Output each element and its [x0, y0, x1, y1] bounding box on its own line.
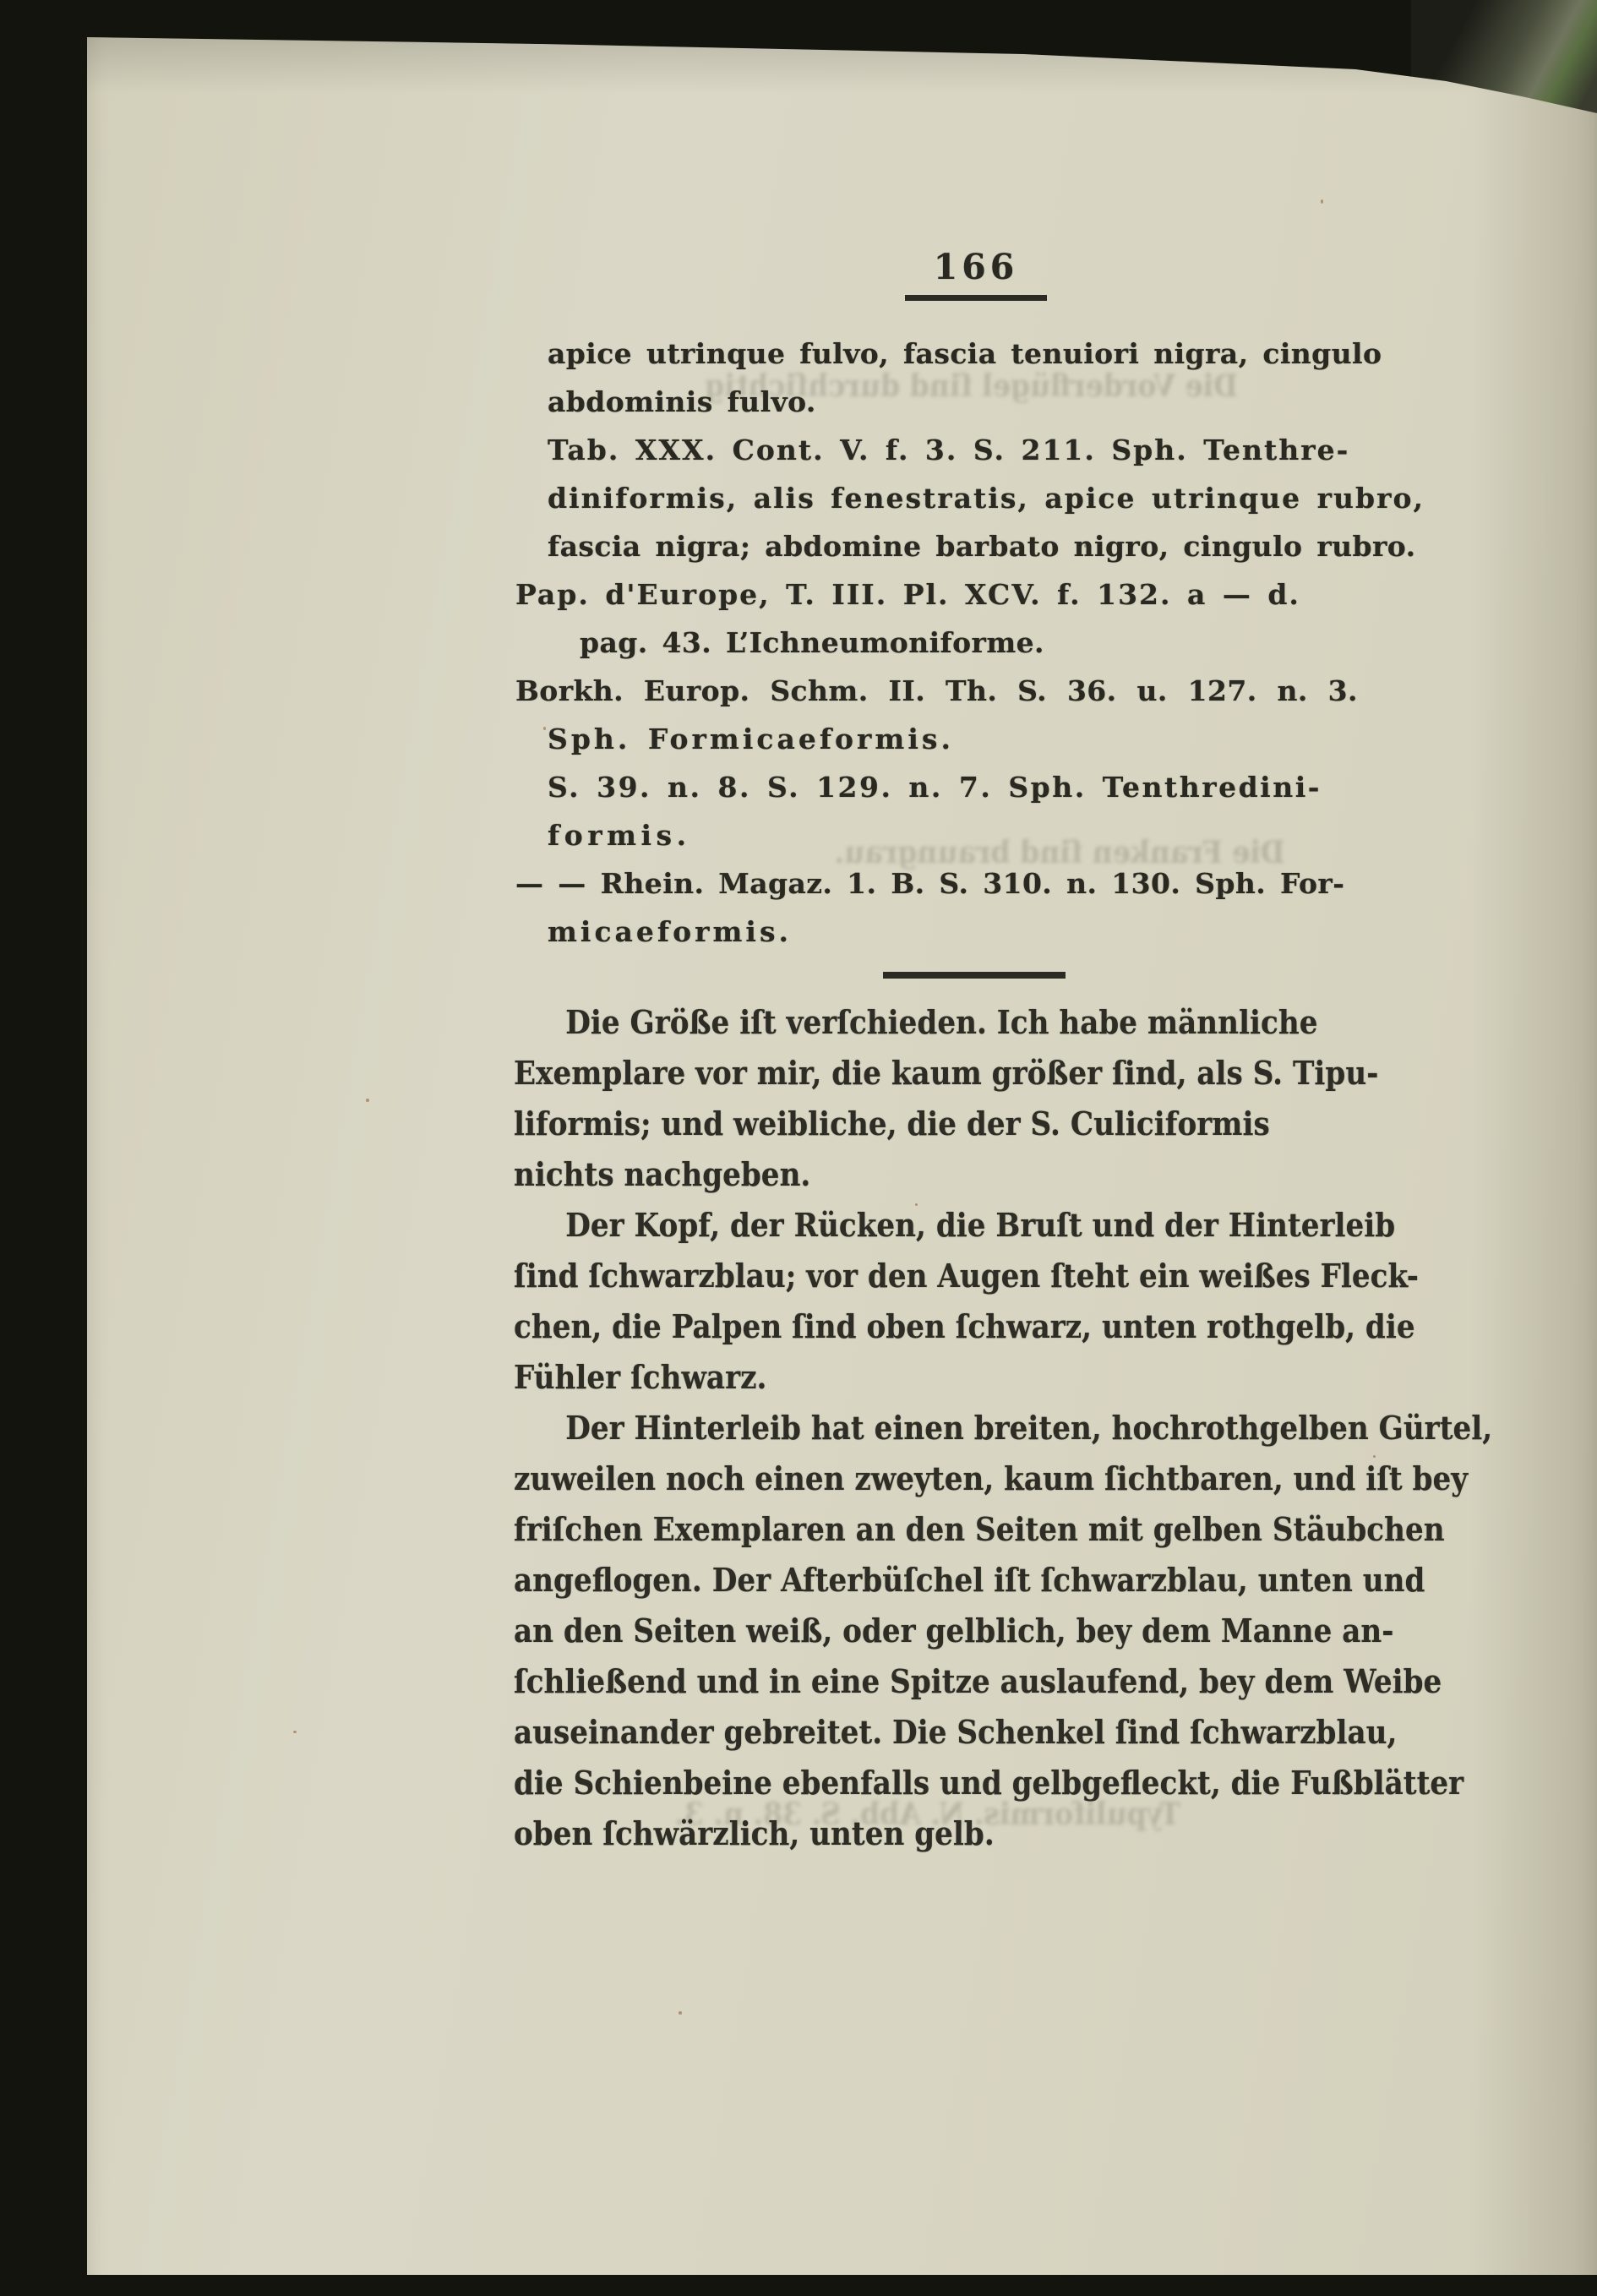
body-text-block: Die Größe iſt verſchieden. Ich habe männ…: [514, 997, 1409, 1859]
page-edge-shading: [1470, 0, 1597, 2275]
citation-line: formis.: [514, 811, 1359, 859]
body-text-line: angeflogen. Der Afterbüſchel iſt ſchwarz…: [514, 1555, 1320, 1606]
body-text-line: ſchließend und in eine Spitze auslaufend…: [514, 1656, 1320, 1707]
citation-line: Pap. d'Europe, T. III. Pl. XCV. f. 132. …: [514, 570, 1359, 619]
body-text-line: friſchen Exemplaren an den Seiten mit ge…: [514, 1504, 1320, 1555]
page-number: 166: [905, 247, 1047, 301]
body-text-line: Der Kopf, der Rücken, die Bruſt und der …: [514, 1200, 1320, 1251]
body-text-line: liformis; und weibliche, die der S. Culi…: [514, 1099, 1320, 1149]
body-text-line: nichts nachgeben.: [514, 1149, 1320, 1200]
body-text-line: oben ſchwärzlich, unten gelb.: [514, 1808, 1320, 1859]
citation-line: Tab. XXX. Cont. V. f. 3. S. 211. Sph. Te…: [514, 426, 1359, 474]
body-text-line: auseinander gebreitet. Die Schenkel ſind…: [514, 1707, 1320, 1758]
section-divider-rule: [883, 972, 1066, 979]
citation-line: S. 39. n. 8. S. 129. n. 7. Sph. Tenthred…: [514, 763, 1359, 811]
citation-line: apice utrinque fulvo, fascia tenuiori ni…: [514, 330, 1359, 378]
citation-line: diniformis, alis fenestratis, apice utri…: [514, 474, 1359, 522]
page-curl-shadow: [87, 0, 1597, 110]
body-text-line: zuweilen noch einen zweyten, kaum ſichtb…: [514, 1453, 1320, 1504]
citation-line: pag. 43. L’Ichneumoniforme.: [514, 619, 1359, 667]
body-text-line: Der Hinterleib hat einen breiten, hochro…: [514, 1403, 1320, 1453]
page-number-text: 166: [934, 247, 1019, 287]
body-text-line: ſind ſchwarzblau; vor den Augen ſteht ei…: [514, 1251, 1320, 1301]
citation-line: fascia nigra; abdomine barbato nigro, ci…: [514, 522, 1359, 570]
body-text-line: Die Größe iſt verſchieden. Ich habe männ…: [514, 997, 1320, 1048]
citation-block: apice utrinque fulvo, fascia tenuiori ni…: [514, 330, 1359, 956]
body-text-line: an den Seiten weiß, oder gelblich, bey d…: [514, 1606, 1320, 1656]
body-text-line: Fühler ſchwarz.: [514, 1352, 1320, 1403]
citation-line: micaeformis.: [514, 908, 1359, 956]
citation-line: Sph. Formicaeformis.: [514, 715, 1359, 763]
body-text-line: Exemplare vor mir, die kaum größer ſind,…: [514, 1048, 1320, 1099]
body-text-line: die Schienbeine ebenfalls und gelbgeflec…: [514, 1758, 1320, 1808]
citation-line: — — Rhein. Magaz. 1. B. S. 310. n. 130. …: [514, 859, 1359, 908]
body-text-line: chen, die Palpen ſind oben ſchwarz, unte…: [514, 1301, 1320, 1352]
citation-line: abdominis fulvo.: [514, 378, 1359, 426]
citation-line: Borkh. Europ. Schm. II. Th. S. 36. u. 12…: [514, 667, 1359, 715]
book-page: Die Vorderflügel ſind durchſichtig Die F…: [87, 0, 1597, 2275]
